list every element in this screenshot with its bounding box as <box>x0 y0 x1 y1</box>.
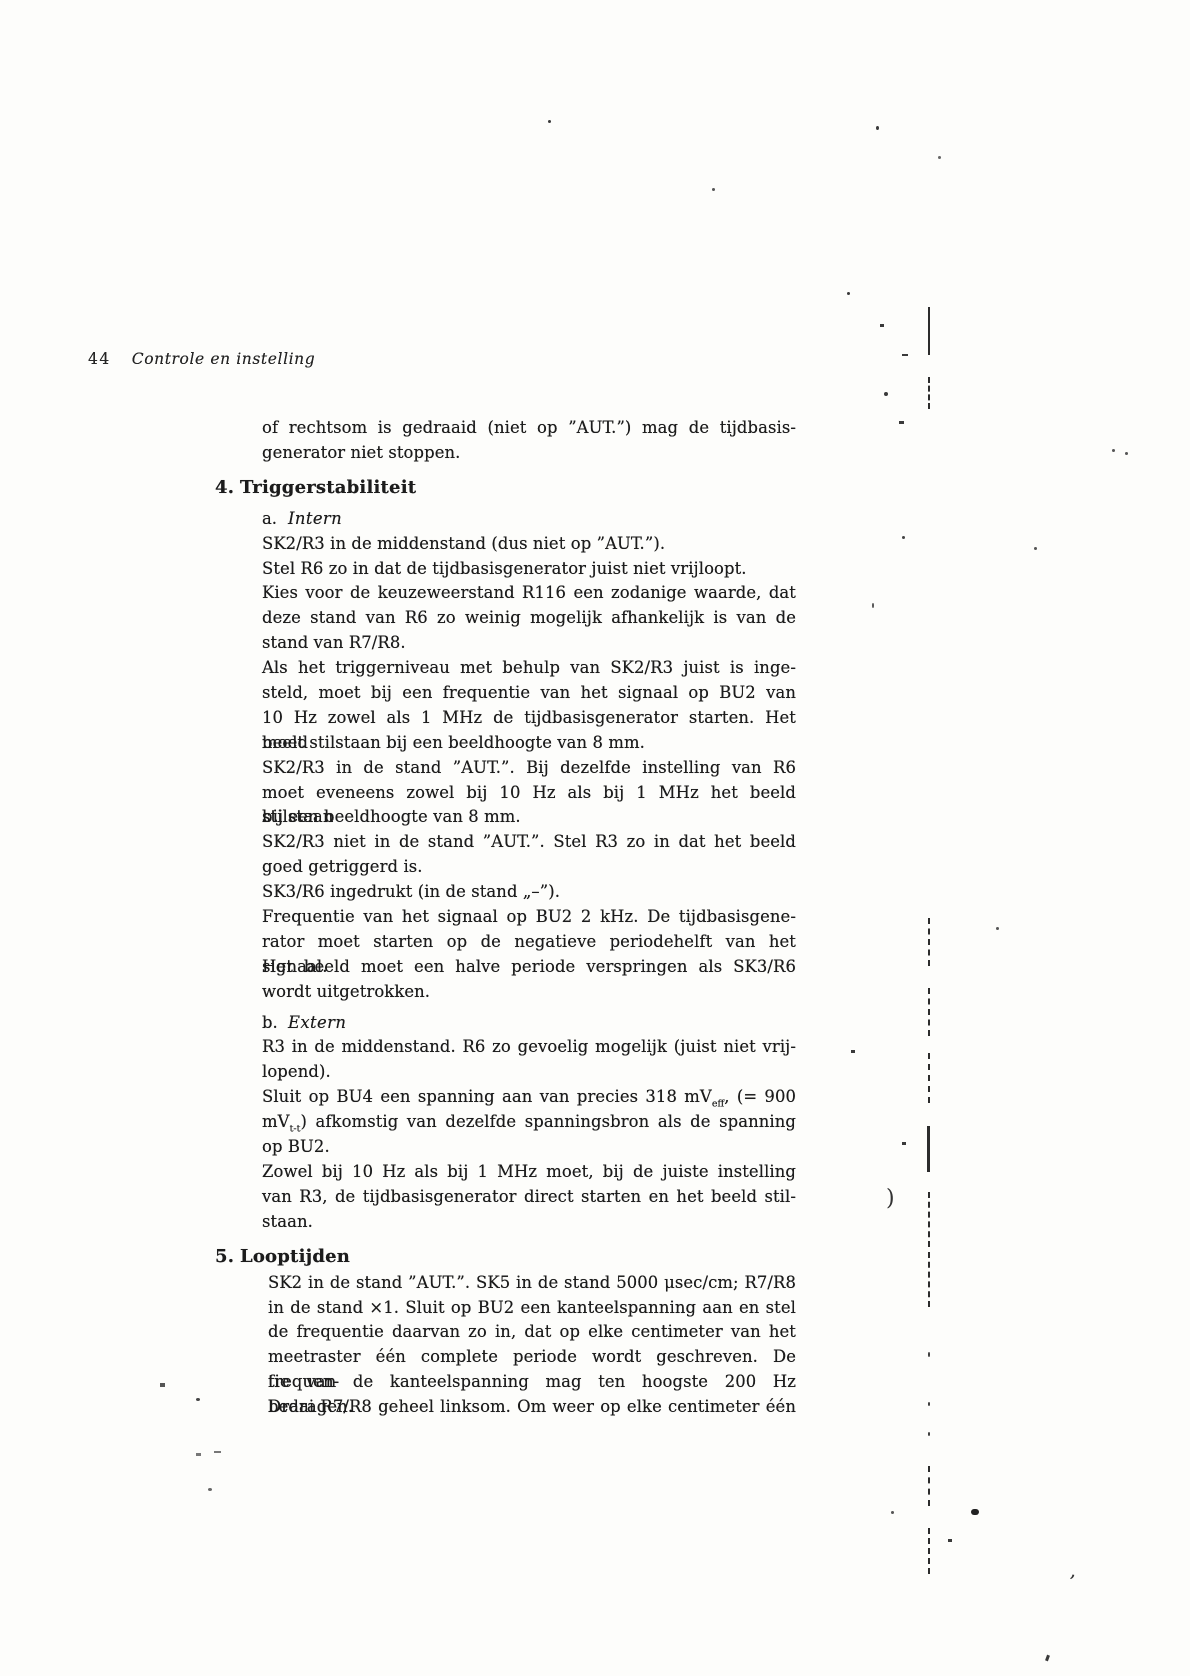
text-line: lopend). <box>262 1060 796 1085</box>
text-line: in de stand ×1. Sluit op BU2 een kanteel… <box>268 1296 796 1321</box>
scan-speck <box>196 1398 200 1401</box>
text-line: de frequentie daarvan zo in, dat op elke… <box>268 1320 796 1345</box>
text-line: Sluit op BU4 een spanning aan van precie… <box>262 1085 796 1110</box>
text-line: moet eveneens zowel bij 10 Hz als bij 1 … <box>262 781 796 806</box>
text-line: SK2/R3 niet in de stand ”AUT.”. Stel R3 … <box>262 830 796 855</box>
text-line: Zowel bij 10 Hz als bij 1 MHz moet, bij … <box>262 1160 796 1185</box>
stray-parenthesis-mark: ) <box>886 1186 895 1211</box>
scan-speck <box>996 927 999 930</box>
section-number: 5. <box>215 1244 240 1270</box>
section-heading: 4.Triggerstabiliteit <box>215 475 796 501</box>
text-line: mVt-t) afkomstig van dezelfde spanningsb… <box>262 1110 796 1135</box>
scan-speck <box>548 120 551 123</box>
text-line: Draai R7/R8 geheel linksom. Om weer op e… <box>268 1395 796 1420</box>
scan-speck <box>891 1511 894 1514</box>
margin-line-artifact <box>928 1053 930 1103</box>
text-line: SK2 in de stand ”AUT.”. SK5 in de stand … <box>268 1271 796 1296</box>
text-line: 10 Hz zowel als 1 MHz de tijdbasisgenera… <box>262 706 796 731</box>
text-line: rator moet starten op de negatieve perio… <box>262 930 796 955</box>
text-line: Het beeld moet een halve periode verspri… <box>262 955 796 980</box>
text-line: R3 in de middenstand. R6 zo gevoelig mog… <box>262 1035 796 1060</box>
subsection-heading: b.Extern <box>262 1011 796 1036</box>
text-line: of rechtsom is gedraaid (niet op ”AUT.”)… <box>262 416 796 441</box>
scan-speck <box>214 1451 221 1453</box>
scan-speck <box>928 1432 930 1436</box>
section-number: 4. <box>215 475 240 501</box>
text-line: deze stand van R6 zo weinig mogelijk afh… <box>262 606 796 631</box>
scan-speck <box>1125 452 1128 455</box>
text-line: goed getriggerd is. <box>262 855 796 880</box>
scan-speck <box>902 1142 906 1145</box>
text-line: bij een beeldhoogte van 8 mm. <box>262 805 796 830</box>
subsection-title: Extern <box>288 1013 346 1032</box>
scan-speck <box>948 1539 952 1542</box>
text-line: SK2/R3 in de stand ”AUT.”. Bij dezelfde … <box>262 756 796 781</box>
scan-speck <box>1034 547 1037 550</box>
scan-speck <box>1112 449 1115 452</box>
scan-speck <box>880 324 884 327</box>
scan-speck <box>971 1509 979 1515</box>
text-line: stand van R7/R8. <box>262 631 796 656</box>
section-body: SK2 in de stand ”AUT.”. SK5 in de stand … <box>262 1271 796 1420</box>
margin-line-artifact <box>928 918 930 966</box>
running-header: 44Controle en instelling <box>88 349 315 369</box>
margin-line-artifact <box>928 1252 930 1307</box>
text-line: wordt uitgetrokken. <box>262 980 796 1005</box>
subsection-title: Intern <box>288 509 342 528</box>
text-line: van R3, de tijdbasisgenerator direct sta… <box>262 1185 796 1210</box>
section-heading: 5.Looptijden <box>215 1244 796 1270</box>
text-line: SK2/R3 in de middenstand (dus niet op ”A… <box>262 532 796 557</box>
scan-speck <box>938 156 941 159</box>
text-line: generator niet stoppen. <box>262 441 796 466</box>
text-line: staan. <box>262 1210 796 1235</box>
scanned-manual-page: 44Controle en instelling of rechtsom is … <box>0 0 1190 1676</box>
text-line: Als het triggerniveau met behulp van SK2… <box>262 656 796 681</box>
scan-speck <box>196 1453 201 1456</box>
scan-speck <box>928 1402 930 1406</box>
subsection-label: b. <box>262 1011 288 1036</box>
scan-speck <box>847 292 850 295</box>
page-number: 44 <box>88 350 111 368</box>
scan-speck <box>899 421 904 424</box>
scan-speck <box>208 1488 212 1491</box>
scan-speck <box>876 126 879 130</box>
scan-speck <box>902 354 908 356</box>
scan-speck <box>884 392 888 396</box>
text-line: Frequentie van het signaal op BU2 2 kHz.… <box>262 905 796 930</box>
margin-line-artifact <box>927 1126 930 1172</box>
scan-speck <box>928 1352 930 1357</box>
subsection-label: a. <box>262 507 288 532</box>
page-body-text: of rechtsom is gedraaid (niet op ”AUT.”)… <box>262 416 796 1420</box>
stray-comma-mark: ’ <box>1066 1570 1077 1595</box>
scan-speck <box>160 1383 165 1387</box>
text-line: SK3/R6 ingedrukt (in de stand „–”). <box>262 880 796 905</box>
margin-line-artifact <box>928 377 930 409</box>
margin-line-artifact <box>928 988 930 1036</box>
text-line: tie van de kanteelspanning mag ten hoogs… <box>268 1370 796 1395</box>
section-title: Looptijden <box>240 1246 350 1267</box>
scan-speck <box>902 536 905 539</box>
scan-speck <box>851 1050 855 1053</box>
text-line: Kies voor de keuzeweerstand R116 een zod… <box>262 581 796 606</box>
running-header-title: Controle en instelling <box>132 350 316 368</box>
scan-speck <box>1045 1655 1050 1662</box>
section-title: Triggerstabiliteit <box>240 477 416 498</box>
text-line: steld, moet bij een frequentie van het s… <box>262 681 796 706</box>
text-line: Stel R6 zo in dat de tijdbasisgenerator … <box>262 557 796 582</box>
subsection-heading: a.Intern <box>262 507 796 532</box>
text-line: op BU2. <box>262 1135 796 1160</box>
text-line: meetraster één complete periode wordt ge… <box>268 1345 796 1370</box>
text-line: moet stilstaan bij een beeldhoogte van 8… <box>262 731 796 756</box>
margin-line-artifact <box>928 1528 930 1574</box>
scan-speck <box>872 603 874 608</box>
margin-line-artifact <box>928 1192 930 1247</box>
margin-line-artifact <box>928 1466 930 1506</box>
margin-line-artifact <box>928 307 930 355</box>
scan-speck <box>712 188 715 191</box>
